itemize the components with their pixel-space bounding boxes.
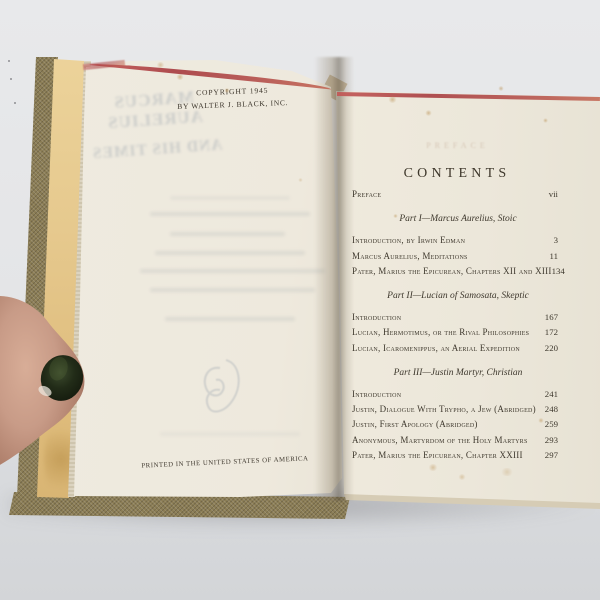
foxing-spot: [538, 418, 544, 423]
showthrough-text-line: [170, 196, 290, 200]
toc-entry-label: Lucian, Icaromenippus, an Aerial Expedit…: [352, 341, 520, 356]
toc-entry: Lucian, Icaromenippus, an Aerial Expedit…: [352, 341, 558, 356]
toc-entry-page: 259: [545, 417, 558, 432]
toc-entry: Anonymous, Martyrdom of the Holy Martyrs…: [352, 433, 558, 448]
showthrough-text-line: [165, 317, 295, 321]
foxing-spot: [224, 88, 230, 93]
showthrough-text-line: [140, 269, 325, 273]
toc-entry-label: Marcus Aurelius, Meditations: [352, 249, 468, 264]
showthrough-text-line: [150, 212, 310, 216]
book-photo: MARCUS AURELIUS AND HIS TIMES COPYRIGHT …: [0, 0, 600, 600]
toc-entry-page: 248: [545, 402, 558, 417]
foxing-spot: [458, 474, 466, 480]
toc-entry: Pater, Marius the Epicurean, Chapter XXI…: [352, 448, 558, 463]
toc-entry: Marcus Aurelius, Meditations11: [352, 249, 558, 264]
toc-entry-label: Justin, First Apology (Abridged): [352, 417, 478, 432]
foxing-spot: [500, 468, 514, 476]
foxing-spot: [543, 118, 548, 123]
background-speck: [10, 78, 12, 80]
showthrough-text-line: [160, 432, 300, 436]
toc-entry-page: 293: [545, 433, 558, 448]
table-of-contents: PrefaceviiPart I—Marcus Aurelius, StoicI…: [352, 187, 558, 463]
toc-entry: Prefacevii: [352, 187, 558, 202]
toc-section-heading: Part III—Justin Martyr, Christian: [352, 366, 558, 381]
foxing-spot: [156, 62, 165, 68]
toc-entry-page: 220: [545, 341, 558, 356]
foxing-spot: [393, 214, 398, 218]
toc-entry-label: Introduction, by Irwin Edman: [352, 233, 465, 248]
background-speck: [8, 60, 10, 62]
book-gutter-shadow: [314, 57, 354, 501]
background-speck: [14, 102, 16, 104]
toc-entry: Introduction241: [352, 387, 558, 402]
foxing-spot: [498, 86, 504, 91]
showthrough-text-line: [150, 288, 315, 292]
toc-entry-page: 167: [545, 310, 558, 325]
contents-title: CONTENTS: [352, 166, 558, 182]
toc-entry-label: Preface: [352, 187, 381, 202]
toc-entry: Justin, First Apology (Abridged)259: [352, 417, 558, 432]
thumb-holding-book: [0, 292, 98, 474]
foxing-spot: [425, 110, 432, 116]
foxing-spot: [298, 178, 303, 182]
foxing-spot: [388, 96, 397, 103]
toc-entry-page: 3: [554, 233, 558, 248]
toc-entry-page: 134: [552, 264, 565, 279]
showthrough-preface-heading: PREFACE: [405, 141, 510, 150]
toc-entry: Justin, Dialogue With Trypho, a Jew (Abr…: [352, 402, 558, 417]
toc-entry: Lucian, Hermotimus, or the Rival Philoso…: [352, 325, 558, 340]
showthrough-publisher-emblem: [196, 354, 248, 422]
toc-entry-page: 241: [545, 387, 558, 402]
toc-entry: Introduction, by Irwin Edman3: [352, 233, 558, 248]
foxing-spot: [428, 464, 438, 471]
toc-entry-label: Introduction: [352, 310, 401, 325]
toc-entry-page: 11: [550, 249, 558, 264]
toc-section-heading: Part II—Lucian of Samosata, Skeptic: [352, 289, 558, 304]
toc-entry-label: Introduction: [352, 387, 401, 402]
toc-entry-label: Pater, Marius the Epicurean, Chapter XXI…: [352, 448, 523, 463]
showthrough-text-line: [155, 251, 305, 255]
toc-entry: Introduction167: [352, 310, 558, 325]
toc-entry-page: 172: [545, 325, 558, 340]
toc-entry: Pater, Marius the Epicurean, Chapters XI…: [352, 264, 558, 279]
toc-entry-label: Lucian, Hermotimus, or the Rival Philoso…: [352, 325, 529, 340]
toc-entry-page: 297: [545, 448, 558, 463]
toc-entry-label: Justin, Dialogue With Trypho, a Jew (Abr…: [352, 402, 536, 417]
foxing-spot: [176, 74, 184, 80]
toc-entry-page: vii: [549, 187, 558, 202]
toc-entry-label: Anonymous, Martyrdom of the Holy Martyrs: [352, 433, 528, 448]
toc-section-heading: Part I—Marcus Aurelius, Stoic: [352, 212, 558, 227]
showthrough-text-line: [170, 232, 285, 236]
toc-entry-label: Pater, Marius the Epicurean, Chapters XI…: [352, 264, 552, 279]
